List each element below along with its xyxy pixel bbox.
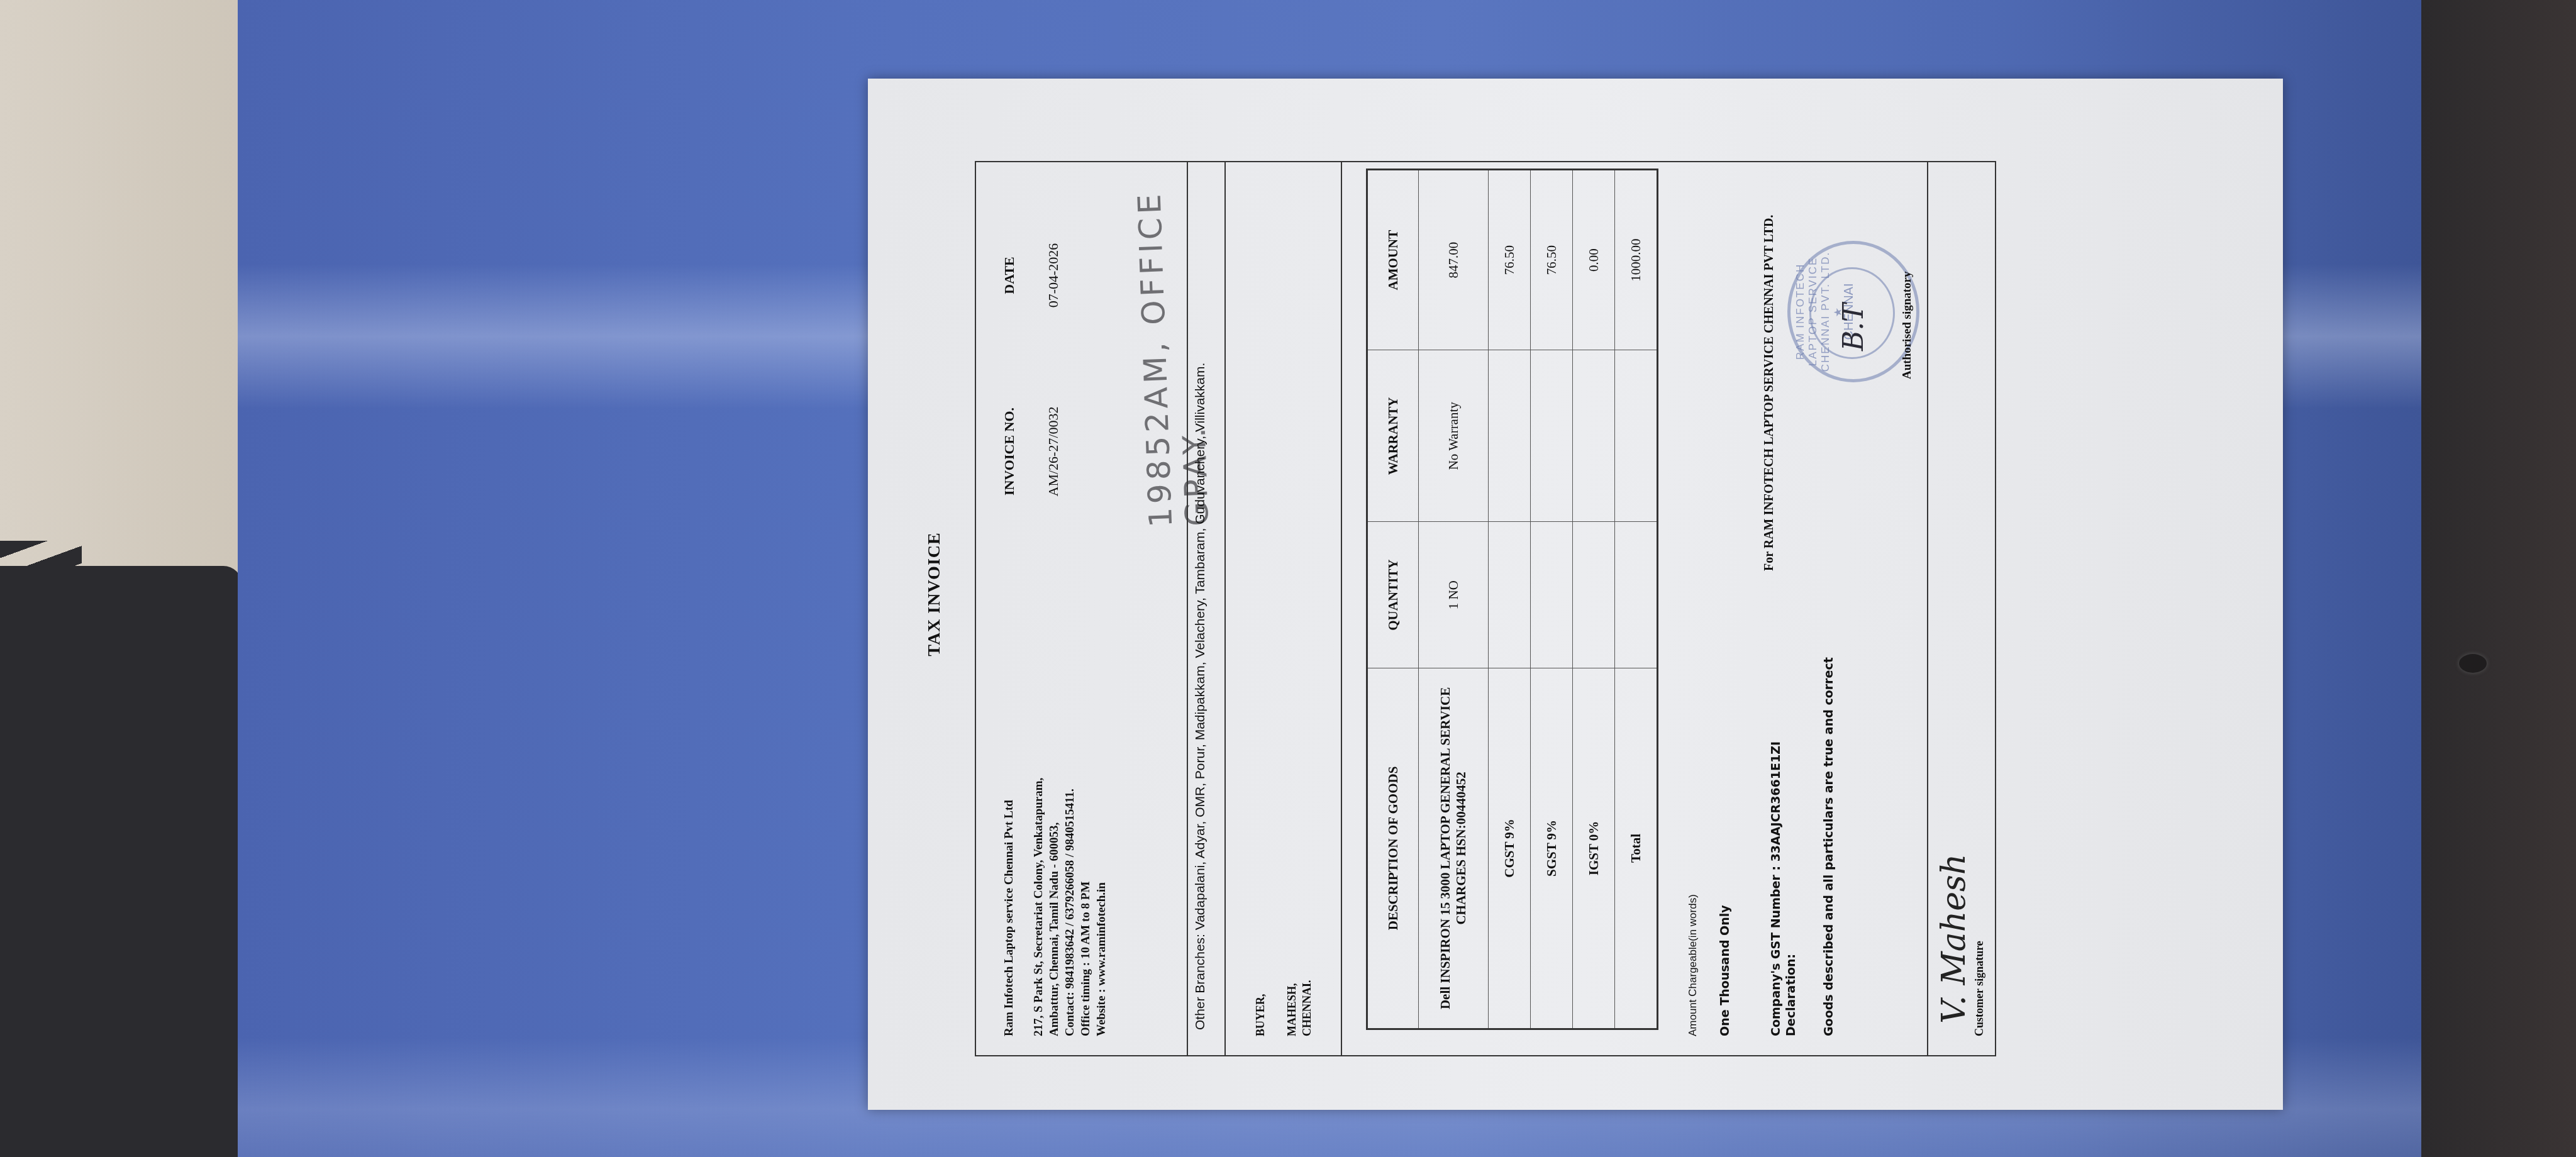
- invoice-meta: INVOICE NO. DATE AM/26-27/0032 07-04-202…: [1001, 187, 1062, 540]
- table-row: Dell INSPIRON 15 3000 LAPTOP GENERAL SER…: [1419, 170, 1489, 1029]
- dark-scarf: [0, 566, 242, 1157]
- row-amount: 0.00: [1573, 170, 1615, 350]
- table-row: SGST 9% 76.50: [1531, 170, 1573, 1029]
- company-address-line2: Ambattur, Chennai, Tamil Nadu - 600053,: [1046, 584, 1062, 1036]
- jacket-button: [2459, 654, 2487, 673]
- customer-signature: V. Mahesh: [1935, 854, 1973, 1024]
- row-warranty: [1615, 350, 1658, 522]
- row-description: CGST 9%: [1489, 668, 1531, 1029]
- invoice-no-label: INVOICE NO.: [1001, 363, 1018, 540]
- invoice-no-value: AM/26-27/0032: [1045, 363, 1062, 540]
- table-row: CGST 9% 76.50: [1489, 170, 1531, 1029]
- row-warranty: [1531, 350, 1573, 522]
- dark-jacket: [2421, 0, 2576, 1157]
- customer-signature-label: Customer signature: [1973, 941, 1986, 1036]
- date-label: DATE: [1001, 187, 1018, 363]
- buyer-label: BUYER,: [1253, 980, 1268, 1036]
- header-description: DESCRIPTION OF GOODS: [1367, 668, 1419, 1029]
- header-quantity: QUANTITY: [1367, 522, 1419, 668]
- gst-number: Company's GST Number : 33AAJCR3661E1ZI: [1768, 741, 1784, 1036]
- for-company: For RAM INFOTECH LAPTOP SERVICE CHENNAI …: [1762, 215, 1777, 571]
- divider: [1187, 162, 1188, 1055]
- row-amount: 76.50: [1489, 170, 1531, 350]
- row-description: SGST 9%: [1531, 668, 1573, 1029]
- divider: [1341, 162, 1342, 1055]
- row-amount: 76.50: [1531, 170, 1573, 350]
- row-amount: 1000.00: [1615, 170, 1658, 350]
- authorised-signatory-label: Authorised signatory: [1901, 271, 1914, 379]
- row-warranty: [1573, 350, 1615, 522]
- divider: [1224, 162, 1226, 1055]
- row-quantity: [1615, 522, 1658, 668]
- company-website: Website : www.raminfotech.in: [1094, 584, 1109, 1036]
- declaration-label: Declaration:: [1784, 741, 1799, 1036]
- buyer-name: MAHESH,: [1284, 980, 1299, 1036]
- row-quantity: [1489, 522, 1531, 668]
- gst-block: Company's GST Number : 33AAJCR3661E1ZI D…: [1768, 741, 1799, 1036]
- row-description: Total: [1615, 668, 1658, 1029]
- invoice-frame: Ram Infotech Laptop service Chennai Pvt …: [975, 161, 1996, 1056]
- row-description: Dell INSPIRON 15 3000 LAPTOP GENERAL SER…: [1419, 668, 1489, 1029]
- buyer-block: BUYER, MAHESH, CHENNAI.: [1253, 980, 1314, 1036]
- company-contact: Contact: 9841983642 / 6379266058 / 98405…: [1062, 584, 1078, 1036]
- other-branches: Other Branches: Vadapalani, Adyar, OMR, …: [1193, 175, 1208, 1030]
- company-timing: Office timing : 10 AM to 8 PM: [1078, 584, 1094, 1036]
- row-warranty: No Warranty: [1419, 350, 1489, 522]
- row-warranty: [1489, 350, 1531, 522]
- company-address-line1: 217, S Park St, Secretariat Colony, Venk…: [1031, 584, 1046, 1036]
- items-table: DESCRIPTION OF GOODS QUANTITY WARRANTY A…: [1366, 169, 1658, 1030]
- company-name: Ram Infotech Laptop service Chennai Pvt …: [1001, 584, 1017, 1036]
- tax-invoice-paper: TAX INVOICE Ram Infotech Laptop service …: [868, 79, 2283, 1110]
- row-quantity: [1531, 522, 1573, 668]
- company-block: Ram Infotech Laptop service Chennai Pvt …: [1001, 584, 1109, 1036]
- buyer-city: CHENNAI.: [1299, 980, 1314, 1036]
- header-warranty: WARRANTY: [1367, 350, 1419, 522]
- authorised-signature: B.T: [1838, 303, 1870, 351]
- row-quantity: [1573, 522, 1615, 668]
- declaration-text: Goods described and all particulars are …: [1822, 657, 1836, 1036]
- table-row-total: Total 1000.00: [1615, 170, 1658, 1029]
- invoice-title: TAX INVOICE: [924, 79, 945, 1110]
- header-amount: AMOUNT: [1367, 170, 1419, 350]
- row-amount: 847.00: [1419, 170, 1489, 350]
- row-description: IGST 0%: [1573, 668, 1615, 1029]
- divider: [1927, 162, 1928, 1055]
- amount-words: One Thousand Only: [1718, 905, 1732, 1036]
- table-row: IGST 0% 0.00: [1573, 170, 1615, 1029]
- date-value: 07-04-2026: [1045, 187, 1062, 363]
- row-quantity: 1 NO: [1419, 522, 1489, 668]
- amount-words-label: Amount Chargeable(in words): [1687, 894, 1699, 1036]
